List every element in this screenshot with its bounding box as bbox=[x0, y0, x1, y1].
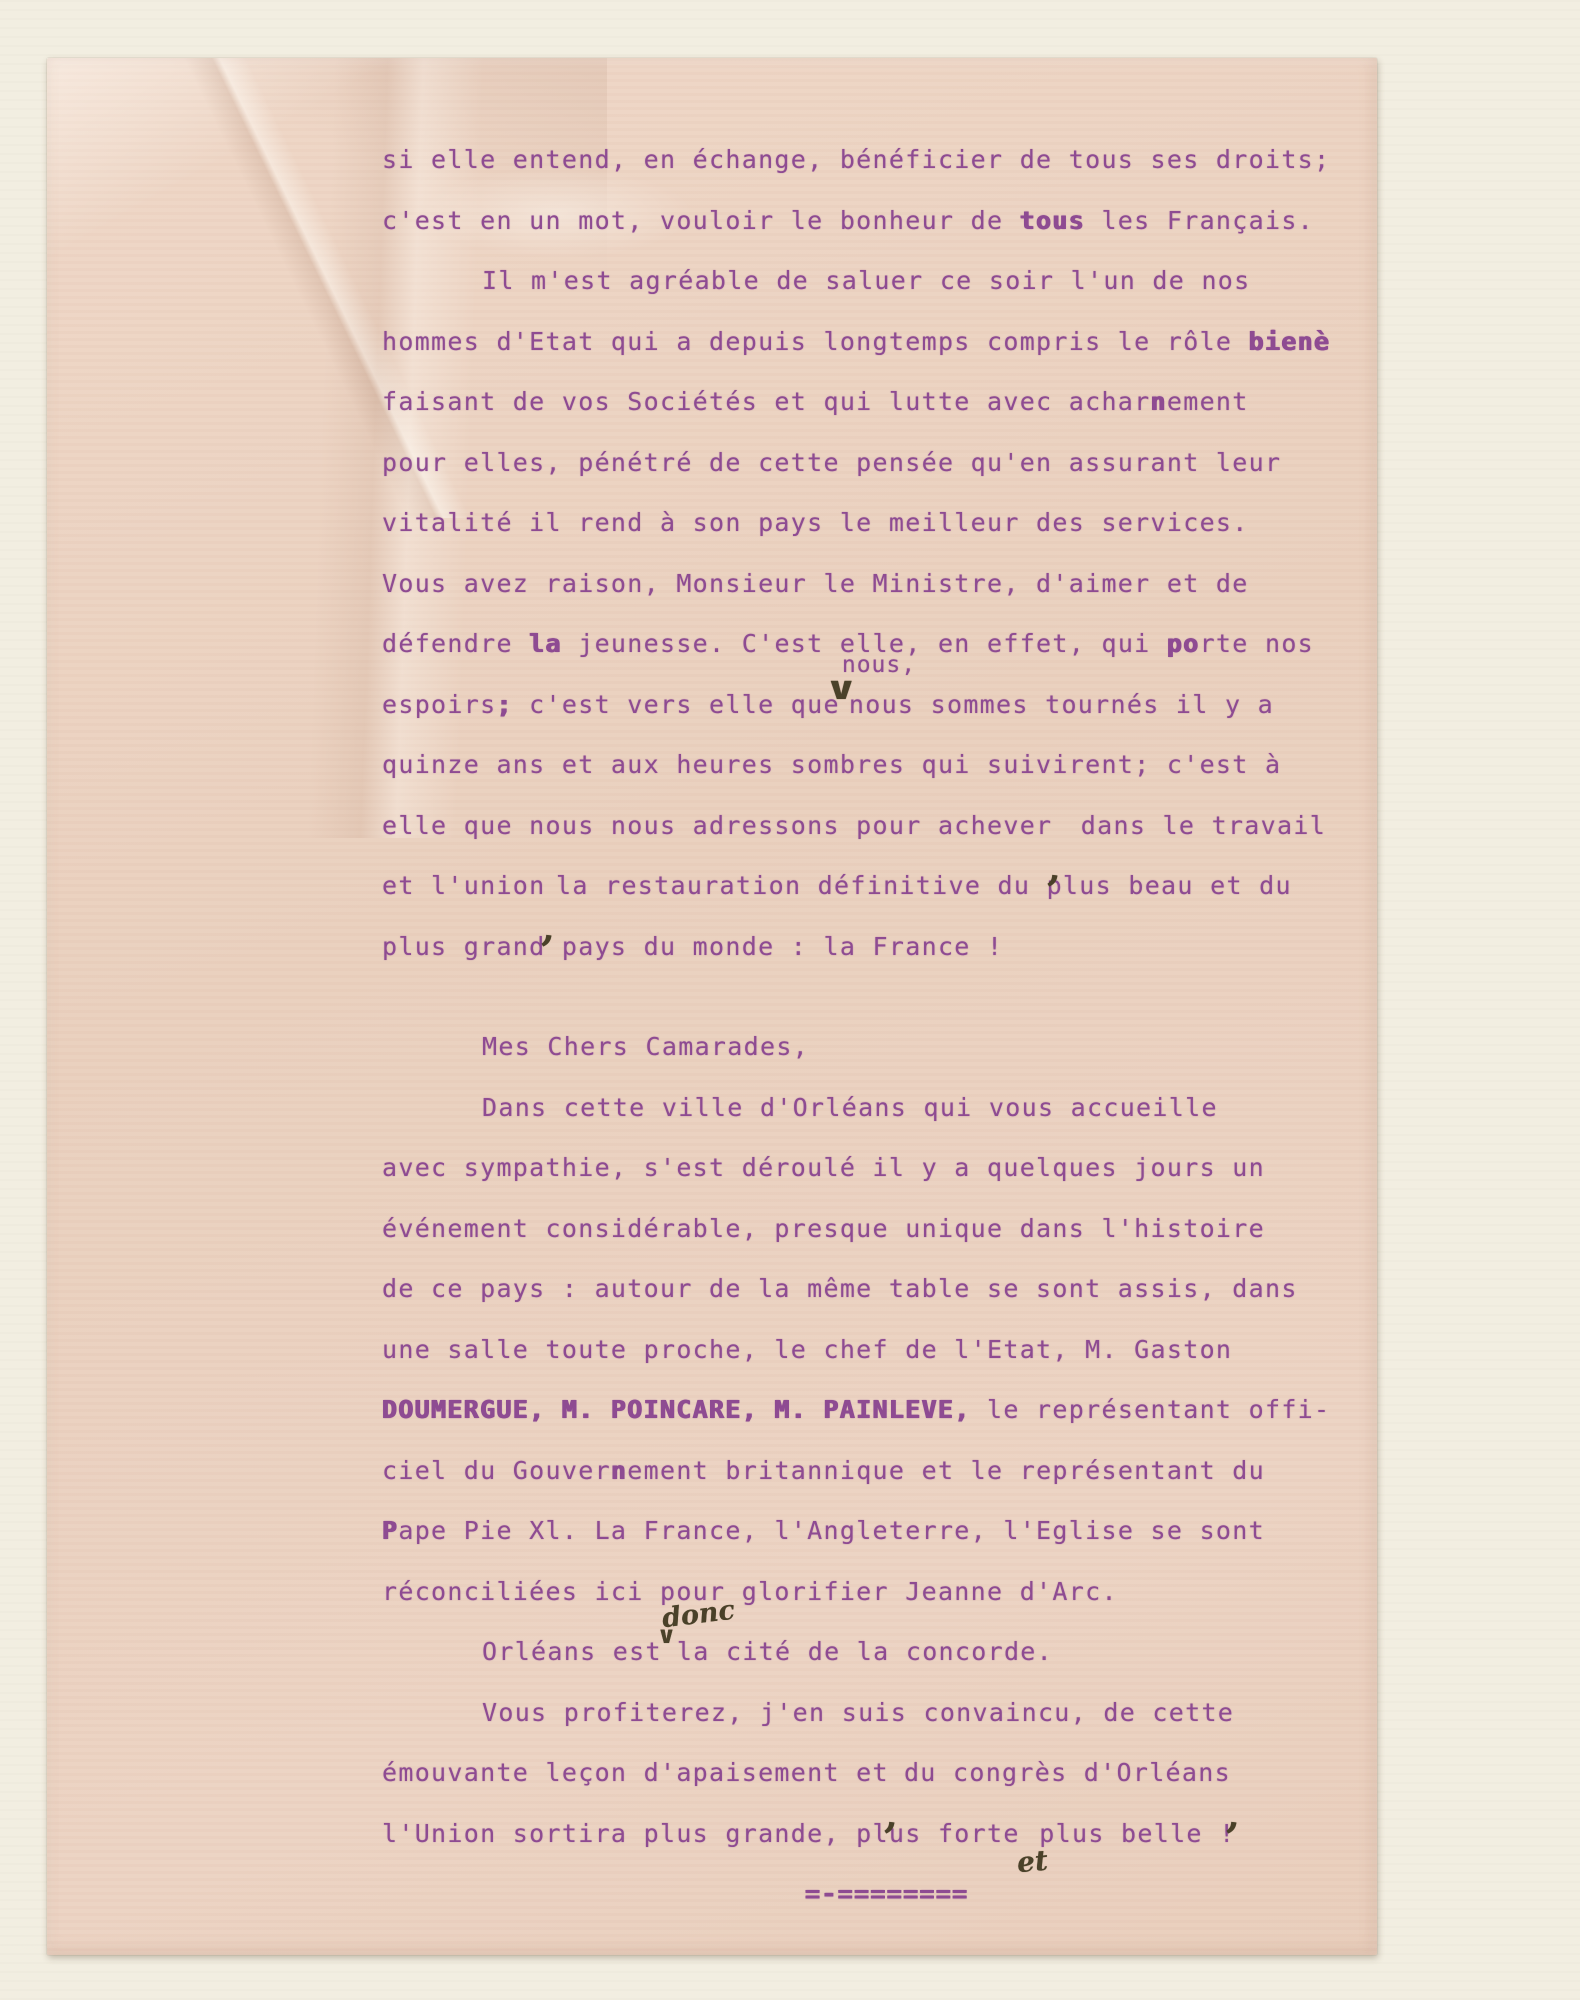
typed-text-segment: événement considérable, presque unique d… bbox=[382, 1214, 1265, 1243]
typed-text-segment: le représentant offi- bbox=[971, 1395, 1331, 1424]
typed-line: l'Union sortira plus grande, plus fortee… bbox=[382, 1804, 1362, 1865]
overstruck-text: la bbox=[529, 629, 562, 658]
typed-line: elle que nous nous adressons pour acheve… bbox=[382, 796, 1362, 857]
typed-text-segment: Dans cette ville d'Orléans qui vous accu… bbox=[482, 1093, 1218, 1122]
typed-line: DOUMERGUE, M. POINCARE, M. PAINLEVE, le … bbox=[382, 1380, 1362, 1441]
typed-line: Dans cette ville d'Orléans qui vous accu… bbox=[382, 1078, 1362, 1139]
typed-line: Il m'est agréable de saluer ce soir l'un… bbox=[382, 251, 1362, 312]
typed-text-segment: Il m'est agréable de saluer ce soir l'un… bbox=[482, 266, 1251, 295]
typed-text-segment: la cité de la concorde. bbox=[677, 1637, 1053, 1666]
typed-text-segment: la restauration définitive du plus beau … bbox=[556, 871, 1292, 900]
typed-text-segment: défendre bbox=[382, 629, 529, 658]
typed-line: réconciliées ici pour glorifier Jeanne d… bbox=[382, 1562, 1362, 1623]
typed-line: événement considérable, presque unique d… bbox=[382, 1199, 1362, 1260]
typed-text: si elle entend, en échange, bénéficier d… bbox=[382, 130, 1362, 1925]
handwritten-glyph: et bbox=[1016, 1846, 1049, 1877]
typed-text-segment: ape Pie Xl. La France, l'Angleterre, l'E… bbox=[398, 1516, 1265, 1545]
typed-text-segment: Mes Chers Camarades, bbox=[482, 1032, 809, 1061]
typed-text-segment: une salle toute proche, le chef de l'Eta… bbox=[382, 1335, 1232, 1364]
end-divider: =-======== bbox=[382, 1864, 1362, 1925]
overstruck-text: =-======== bbox=[805, 1879, 969, 1908]
typed-line: si elle entend, en échange, bénéficier d… bbox=[382, 130, 1362, 191]
typed-line: plus grand pays du monde : la France ! bbox=[382, 917, 1362, 978]
typed-line: Orléans estdonc∨la cité de la concorde. bbox=[382, 1622, 1362, 1683]
typed-text-segment: Vous profiterez, j'en suis convaincu, de… bbox=[482, 1698, 1234, 1727]
typed-line: hommes d'Etat qui a depuis longtemps com… bbox=[382, 312, 1362, 373]
overstruck-text: P bbox=[382, 1516, 398, 1545]
overstruck-text: tous bbox=[1020, 206, 1085, 235]
overstruck-text: DOUMERGUE, M. POINCARE, M. PAINLEVE, bbox=[382, 1395, 971, 1424]
typed-text-segment: ement bbox=[1167, 387, 1249, 416]
typed-text-segment: ciel du Gouver bbox=[382, 1456, 611, 1485]
overstruck-text: po bbox=[1167, 629, 1200, 658]
typed-line: vitalité il rend à son pays le meilleur … bbox=[382, 493, 1362, 554]
typed-text-segment: faisant de vos Sociétés et qui lutte ave… bbox=[382, 387, 1151, 416]
typed-text-segment: espoirs bbox=[382, 690, 496, 719]
typed-line: espoirs; c'est vers elle quenous,∨nous s… bbox=[382, 675, 1362, 736]
typed-text-segment: rte nos bbox=[1200, 629, 1314, 658]
typed-text-segment: quinze ans et aux heures sombres qui sui… bbox=[382, 750, 1281, 779]
typed-text-segment: Vous avez raison, Monsieur le Ministre, … bbox=[382, 569, 1249, 598]
overstruck-text: n bbox=[1151, 387, 1167, 416]
typed-text-segment: si elle entend, en échange, bénéficier d… bbox=[382, 145, 1330, 174]
overstruck-text: bienè bbox=[1249, 327, 1331, 356]
caret-mark: ∨ bbox=[826, 673, 858, 704]
typed-text-segment: et l'union bbox=[382, 871, 546, 900]
typed-text-segment: Orléans est bbox=[482, 1637, 662, 1666]
typed-text-segment: ement britannique et le représentant du bbox=[627, 1456, 1265, 1485]
salutation-line: Mes Chers Camarades, bbox=[382, 1017, 1362, 1078]
typed-text-segment: l'Union sortira plus grande, plus forte bbox=[382, 1819, 1020, 1848]
caret-mark: ∨ bbox=[658, 1625, 677, 1648]
typed-line: Vous avez raison, Monsieur le Ministre, … bbox=[382, 554, 1362, 615]
typed-text-segment: pour elles, pénétré de cette pensée qu'e… bbox=[382, 448, 1281, 477]
typed-line: émouvante leçon d'apaisement et,du congr… bbox=[382, 1743, 1362, 1804]
typed-text-segment: plus grand pays du monde : la France ! bbox=[382, 932, 1003, 961]
typed-line: une salle toute proche, le chef de l'Eta… bbox=[382, 1320, 1362, 1381]
scan-background: { "document": { "paper_color": "#ecd2c0"… bbox=[0, 0, 1580, 2000]
typed-text-segment: hommes d'Etat qui a depuis longtemps com… bbox=[382, 327, 1249, 356]
typed-text-segment: du congrès d'Orléans bbox=[904, 1758, 1231, 1787]
typed-text-segment: plus belle ! bbox=[1039, 1819, 1235, 1848]
typed-line: Vous profiterez, j'en suis convaincu, de… bbox=[382, 1683, 1362, 1744]
typed-line: pour elles, pénétré de cette pensée qu'e… bbox=[382, 433, 1362, 494]
typed-line: quinze ans et aux heures sombres qui sui… bbox=[382, 735, 1362, 796]
typed-text-segment: nous sommes tournés il y a bbox=[849, 690, 1274, 719]
typed-line: avec sympathie, s'est déroulé il y a que… bbox=[382, 1138, 1362, 1199]
typed-line: c'est en un mot, vouloir le bonheur de t… bbox=[382, 191, 1362, 252]
typed-text-segment: de ce pays : autour de la même table se … bbox=[382, 1274, 1298, 1303]
typed-text-segment: c'est en un mot, vouloir le bonheur de bbox=[382, 206, 1020, 235]
document-paper: si elle entend, en échange, bénéficier d… bbox=[47, 58, 1377, 1955]
typed-text-segment: dans le travail bbox=[1064, 811, 1326, 840]
typed-line: Pape Pie Xl. La France, l'Angleterre, l'… bbox=[382, 1501, 1362, 1562]
typed-text-segment: les Français. bbox=[1085, 206, 1314, 235]
typed-line: de ce pays : autour de la même table se … bbox=[382, 1259, 1362, 1320]
overstruck-text: n bbox=[611, 1456, 627, 1485]
typed-line: faisant de vos Sociétés et qui lutte ave… bbox=[382, 372, 1362, 433]
overstruck-text: ; bbox=[496, 690, 512, 719]
typed-text-segment: vitalité il rend à son pays le meilleur … bbox=[382, 508, 1249, 537]
typed-text-segment: elle que nous nous adressons pour acheve… bbox=[382, 811, 1052, 840]
typed-text-segment: avec sympathie, s'est déroulé il y a que… bbox=[382, 1153, 1265, 1182]
typed-text-segment: émouvante leçon d'apaisement et bbox=[382, 1758, 889, 1787]
typed-text-segment: réconciliées ici pour glorifier Jeanne d… bbox=[382, 1577, 1118, 1606]
typed-line: et l'union,la restauration définitive du… bbox=[382, 856, 1362, 917]
typed-line: ciel du Gouvernement britannique et le r… bbox=[382, 1441, 1362, 1502]
typed-text-segment: c'est vers elle que bbox=[513, 690, 840, 719]
